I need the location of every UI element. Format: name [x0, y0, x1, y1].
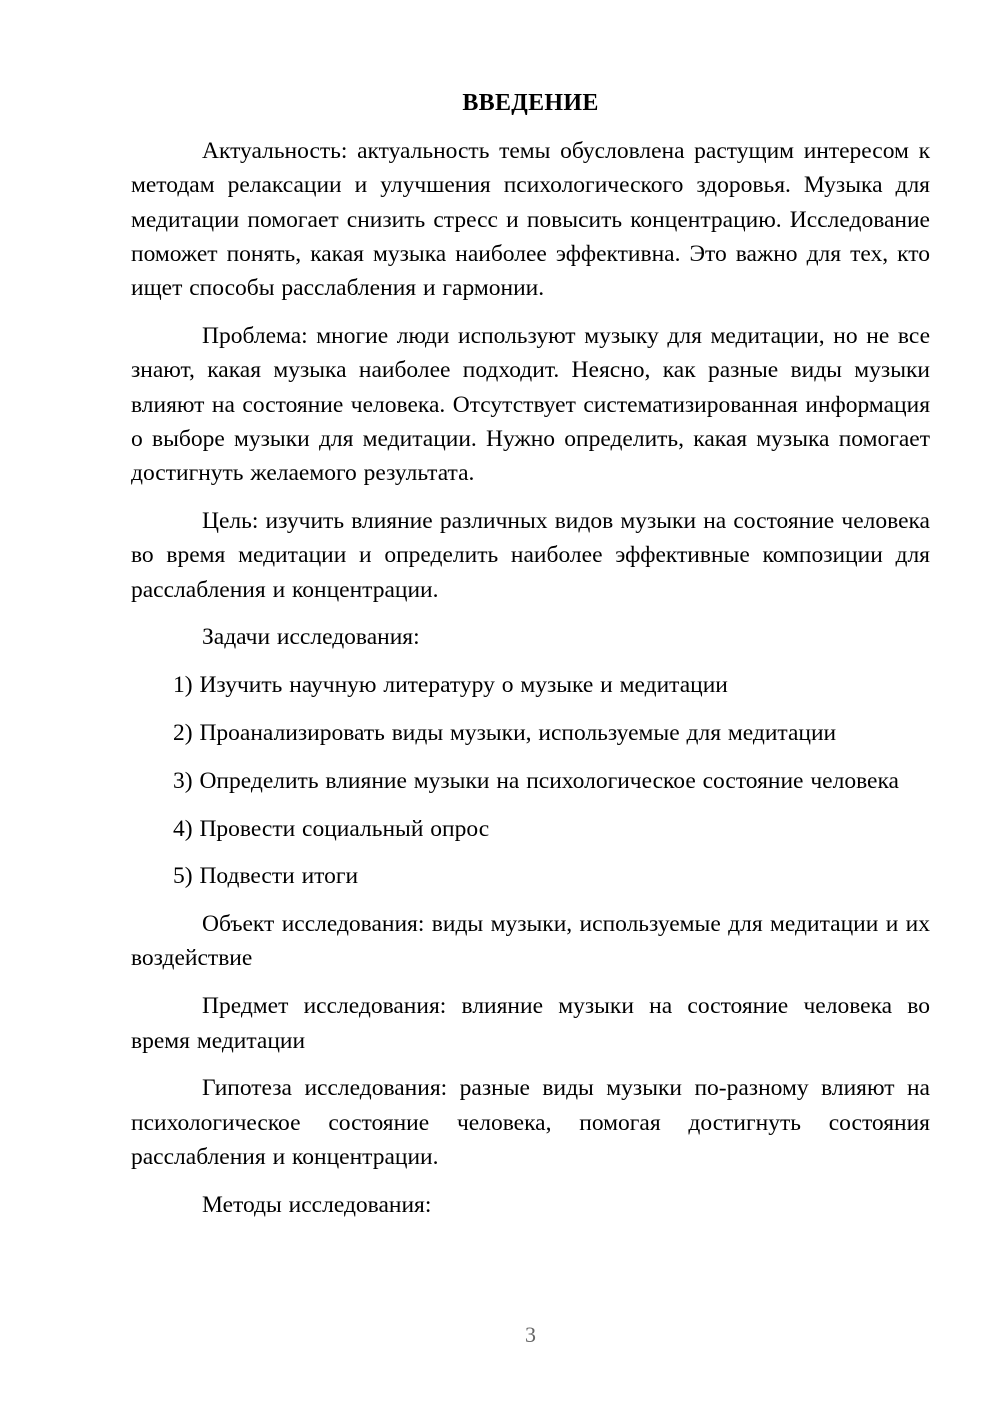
page-number: 3 — [131, 1320, 930, 1350]
task-item-2: 2) Проанализировать виды музыки, использ… — [131, 716, 930, 750]
section-title: ВВЕДЕНИЕ — [131, 86, 930, 120]
paragraph-subject: Предмет исследования: влияние музыки на … — [131, 989, 930, 1058]
paragraph-relevance: Актуальность: актуальность темы обусловл… — [131, 134, 930, 305]
paragraph-hypothesis: Гипотеза исследования: разные виды музык… — [131, 1071, 930, 1174]
paragraph-object: Объект исследования: виды музыки, исполь… — [131, 907, 930, 976]
task-item-1: 1) Изучить научную литературу о музыке и… — [131, 668, 930, 702]
task-item-5: 5) Подвести итоги — [131, 859, 930, 893]
paragraph-problem: Проблема: многие люди используют музыку … — [131, 319, 930, 490]
paragraph-goal: Цель: изучить влияние различных видов му… — [131, 504, 930, 607]
tasks-heading: Задачи исследования: — [131, 620, 930, 654]
task-item-3: 3) Определить влияние музыки на психолог… — [131, 764, 930, 798]
document-page: ВВЕДЕНИЕ Актуальность: актуальность темы… — [0, 0, 1000, 1414]
task-item-4: 4) Провести социальный опрос — [131, 812, 930, 846]
methods-heading: Методы исследования: — [131, 1188, 930, 1222]
